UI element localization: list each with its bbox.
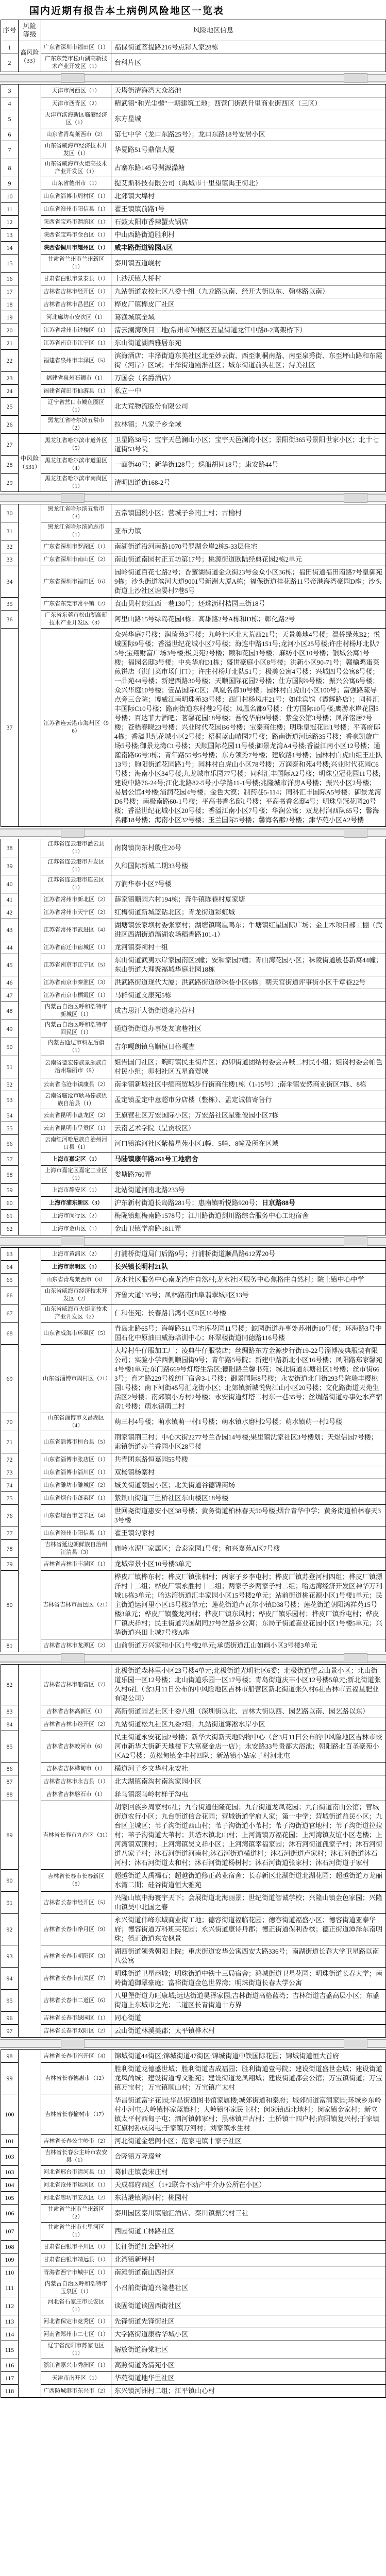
risk-detail-cell: 园岭街道百花七路2号；香蜜湖街道金众街23号金众小区36栋；福田街道福田南路7号… — [111, 566, 386, 598]
row-index: 69 — [1, 1345, 19, 1413]
region-cell: 广东省深圳市福田区（6） — [41, 566, 111, 598]
table-row: 14陕西省铜川市耀州区（1）咸丰路街道锦园A区 — [1, 242, 386, 255]
region-cell: 吉林省长春市双阳区（2） — [41, 2025, 111, 2038]
region-cell: 陕西省宝鸡市金台区（1） — [41, 229, 111, 242]
region-cell: 河北省廊坊市安次区（2） — [41, 2192, 111, 2205]
page-break-tab-left — [61, 1236, 85, 1246]
row-index: 92 — [1, 1914, 19, 1945]
region-cell: 吉林省吉林市船营区（7） — [41, 1665, 111, 1705]
page-break-divider — [0, 1237, 386, 1246]
table-row: 101吉林省长春公主岭市（2）河北街道金碧阁小区；范家屯镇十家子社区 — [1, 2135, 386, 2148]
risk-detail-cell: 葛渔城镇全域 — [111, 311, 386, 324]
risk-level-cell — [19, 84, 41, 434]
region-cell: 广东省东莞市松山湖高新技术产业开发区（3） — [41, 611, 111, 629]
table-row: 61上海市闵行区（2）梅陇镇虹梅南路1578号；江川路街道剑川路综合服务中心工地… — [1, 1210, 386, 1223]
header-row: 序号风险 等级风险地区信息 — [1, 20, 386, 41]
table-row: 5天津市滨海新区临港经济区（1）东方星城 — [1, 110, 386, 128]
risk-detail-cell: 中山西路街道胜利村 — [111, 229, 386, 242]
table-row: 21江苏省南京市江宁区（1）东山街道湖西雅居东苑 — [1, 337, 386, 350]
page-break-tab-right — [344, 1653, 367, 1663]
row-index: 82 — [1, 1665, 19, 1705]
table-row: 57上海市嘉定区（1）马陆镇康年路261号工地宿舍 — [1, 1153, 386, 1166]
risk-level-cell — [19, 504, 41, 827]
row-index: 46 — [1, 976, 19, 989]
row-index: 85 — [1, 1731, 19, 1762]
row-index: 22 — [1, 350, 19, 372]
risk-detail-cell: 清云澜湾项目工地(常州市钟楼区五星街道龙江中路8-2高架桥下） — [111, 324, 386, 337]
row-index: 101 — [1, 2135, 19, 2148]
row-index: 68 — [1, 1323, 19, 1345]
risk-detail-cell: 上沙沃镇大桥村 — [111, 273, 386, 285]
risk-detail-cell: 华苑街道地华里社区 — [111, 2372, 386, 2385]
region-cell: 上海市静安区（1） — [41, 1184, 111, 1197]
row-index: 64 — [1, 1261, 19, 1274]
col-header-risk: 风险 等级 — [19, 20, 41, 41]
table-row: 83吉林省吉林高新区（1）高新街道园艺社区十委八组（深圳街以北、吉林大街以西、园… — [1, 1705, 386, 1718]
page-break-divider — [0, 2039, 386, 2048]
row-index: 3 — [1, 84, 19, 97]
row-index: 43 — [1, 919, 19, 941]
risk-detail-cell: 胡家回族乡周家村6社；九台街道佳隆花园；九台街道龙凤花园；九台街道南山公馆；营城… — [111, 1801, 386, 1870]
table-row: 64上海市崇明区（1）长兴镇长明村21队 — [1, 1261, 386, 1274]
region-cell: 陕西省宝鸡市渭滨区（1） — [41, 216, 111, 229]
risk-table-section: 98吉林省长春市汽开区（4）锦城街道44街区;锦城街道47街区;锦城街道中铁国际… — [1, 2049, 386, 2398]
risk-detail-cell: 成吉思汗大街街道毫沁营村 — [111, 1002, 386, 1020]
risk-detail-cell: 红梅街道新城蓝钻北区；青龙街道彩虹城 — [111, 906, 386, 919]
risk-detail-cell: 秦川园区秦川镇融汇酒店、秦川镇振兴村三社 — [111, 2205, 386, 2223]
table-row: 70山东省淄博市文昌湖区（4）萌三村4号楼；萌水镇萌一村1号楼；萌水镇水磨村2号… — [1, 1413, 386, 1431]
table-row: 8山东省威海市火炬高技术产业开发区（1）古寨东路145号渊源澡塘 — [1, 159, 386, 177]
table-row: 109甘肃省白银市靖远县（1）北湾镇新坪村 — [1, 2253, 386, 2266]
row-index: 21 — [1, 337, 19, 350]
risk-detail-cell: 姐告国门社区；畹町镇民主街片区；勐卯街道团结村委会弄喊二村民小组；姐岗村委会帕色… — [111, 1056, 386, 1078]
row-index: 26 — [1, 416, 19, 434]
region-cell: 甘肃省白银市靖远县（1） — [41, 2253, 111, 2266]
row-index: 57 — [1, 1153, 19, 1166]
risk-detail-cell: 云山街道林溪美郡；太平镇桦木村 — [111, 2025, 386, 2038]
row-index: 83 — [1, 1705, 19, 1718]
row-index: 56 — [1, 1135, 19, 1153]
table-row: 113河北省保定市竞秀区（1）先锋街道先锋街社区 — [1, 2315, 386, 2328]
region-cell: 吉林省吉林高新区（1） — [41, 1705, 111, 1718]
risk-detail-cell: 先锋街道先锋街社区 — [111, 2315, 386, 2328]
table-row: 1高风险 （33）广东省深圳市福田区（1）福保街道菩提路216号点彩人家28栋 — [1, 41, 386, 54]
table-row: 78吉林省延边朝鲜族自治州汪清县（3）庙岭水泥厂家属区；合泰家园1号楼；和兴嘉苑… — [1, 1540, 386, 1558]
region-cell: 山东省淄博市周村区（1） — [41, 190, 111, 203]
region-cell: 江苏省南京市秦淮区（3） — [41, 976, 111, 989]
region-cell: 黑龙江省哈尔滨五常市（3） — [41, 504, 111, 522]
region-cell: 吉林省长春德惠市（12） — [41, 2063, 111, 2094]
region-cell: 吉林省长春市长春新区（5） — [41, 1870, 111, 1892]
table-row: 4天津市西青区（2）精武镇“和光尘樾”一期建筑工地；西营门街跃升里商业街西区（三… — [1, 97, 386, 110]
risk-detail-cell: 沪东新村街道长岛路281号；惠南镇听悦路920号；日京路88号 — [111, 1197, 386, 1210]
region-cell: 天津市南开区（1） — [41, 2372, 111, 2385]
row-index: 112 — [1, 2297, 19, 2315]
table-row: 81吉林省吉林市龙潭区（2）山前街道万兴家和小区1号楼2单元;承德街道江山如画小… — [1, 1639, 386, 1652]
risk-detail-cell: 石鼓太阳市香辣蟹火锅店 — [111, 216, 386, 229]
risk-detail-cell: 城关街道颐园小区；北关街道谷德锦商场 — [111, 1479, 386, 1492]
table-row: 59上海市静安区（1）北站街道河南北路233号 — [1, 1184, 386, 1197]
row-index: 38 — [1, 839, 19, 857]
region-cell: 河南省郑州市二七区（1） — [41, 2328, 111, 2341]
row-index: 27 — [1, 434, 19, 456]
row-index: 9 — [1, 177, 19, 190]
table-row: 50内蒙古通辽市科左后旗（1）吉尔嘎朗镇乌顺恒日格嘎查 — [1, 1038, 386, 1056]
table-row: 112河北省石家庄市长安区（1）谈固街道谈固西街社区 — [1, 2297, 386, 2315]
row-index: 76 — [1, 1505, 19, 1527]
table-row: 67山东省威海市火炬高技术产业开发区（2）仁和佳苑；长春路昌鸿小区B区16号楼 — [1, 1304, 386, 1323]
row-index: 34 — [1, 566, 19, 598]
row-index: 25 — [1, 398, 19, 416]
risk-detail-cell: 马陆镇康年路261号工地宿舍 — [111, 1153, 386, 1166]
region-cell: 广西防城港市东兴市（2） — [41, 2385, 111, 2398]
risk-detail-cell: 孟定镇孟定中意超市分店楼（整栋）、孟定诚信寄售行 — [111, 1091, 386, 1109]
risk-detail-cell: 东山街道武夷水岸家园南区2幢；安和家园7幢；青山湾花园小区；秣陵街道殷巷新寓44… — [111, 954, 386, 976]
table-row: 94吉林省长春市南关区（7）明珠街道卫星商城；明珠街道中铁十三局宿舍；鸿城街道卫… — [1, 1968, 386, 1990]
row-index: 75 — [1, 1492, 19, 1505]
table-row: 100吉林省长春榆树市（17）华昌街道富宇花园;华昌街道图书馆家属楼;城郊街道和… — [1, 2094, 386, 2135]
risk-table-section: 30黑龙江省哈尔滨五常市（3）五常镇国税小区；营城子乡南土村；古榆村31黑龙江省… — [1, 504, 386, 827]
table-row: 19河北廊坊市安次区（1）葛渔城镇全域 — [1, 311, 386, 324]
risk-detail-cell: 亚布力镇 — [111, 522, 386, 540]
risk-detail-bold-part: 日京路88号 — [262, 1199, 295, 1207]
row-index: 8 — [1, 159, 19, 177]
risk-detail-cell: 久和国际新城二期33号楼 — [111, 857, 386, 875]
risk-table-section: 序号风险 等级风险地区信息1高风险 （33）广东省深圳市福田区（1）福保街道菩提… — [1, 20, 386, 72]
row-index: 86 — [1, 1762, 19, 1775]
row-index: 30 — [1, 504, 19, 522]
table-row: 107甘肃省兰州市七里河区（1）西园街道工林路社区 — [1, 2223, 386, 2241]
region-cell: 吉林省长春市经开区（5） — [41, 1892, 111, 1914]
table-row: 48内蒙古自治区呼和浩特市新城区（1）成吉思汗大街街道毫沁营村 — [1, 1002, 386, 1020]
table-row: 95吉林省长春市二道区（6）八里堡街道力旺康城;远达街道昊泽家园;吉林街道高格蓝… — [1, 1990, 386, 2012]
table-row: 51云南省德宏傣族景颇族自治州瑞丽市（5）姐告国门社区；畹町镇民主街片区；勐卯街… — [1, 1056, 386, 1078]
row-index: 116 — [1, 2359, 19, 2372]
table-row: 116浙江省嘉兴市秀洲区（1）高照街道秀清苑小区 — [1, 2359, 386, 2372]
risk-detail-cell: 王旗营社区万宏国际小区；万宏路社区星雅俊园小区7栋 — [111, 1109, 386, 1122]
region-cell: 陕西省铜川市耀州区（1） — [41, 242, 111, 255]
table-row: 68山东省威海市环翠区（5）青岛北路65号；海峰路511号宅库花园11号楼；鲸园… — [1, 1323, 386, 1345]
risk-detail-cell: 南伞镇新城社区中缅商贸城步行街商住楼1栋（1-15号）;南伞镇安然商业街区7栋、… — [111, 1078, 386, 1091]
col-header-info: 风险地区信息 — [41, 20, 386, 41]
risk-detail-cell: 南岗镇岗东村殷庄20号 — [111, 839, 386, 857]
table-row: 108甘肃省白银市平川区（1）长征街道红会路社区 — [1, 2241, 386, 2253]
table-row: 79吉林省吉林市丰满区（1）龙城帝景小区10号楼3单元 — [1, 1558, 386, 1571]
risk-detail-cell: 翟王镇镇前路1号 — [111, 203, 386, 216]
row-index: 107 — [1, 2223, 19, 2241]
page-break-tab-left — [61, 1653, 85, 1663]
risk-detail-cell: 西园街道工林路社区 — [111, 2223, 386, 2241]
row-index: 54 — [1, 1109, 19, 1122]
table-row: 25辽宁省营口市鲅鱼圈区（1）北大荒物流股份有限公司 — [1, 398, 386, 416]
risk-detail-cell: 南湖街道沿河南路1070号罗湖金岸2栋5-33层住宅 — [111, 540, 386, 553]
row-index: 73 — [1, 1466, 19, 1479]
row-index: 40 — [1, 875, 19, 893]
risk-detail-cell: 五常镇国税小区；营城子乡南土村；古榆村 — [111, 504, 386, 522]
row-index: 45 — [1, 954, 19, 976]
page-break-divider — [0, 1654, 386, 1663]
risk-detail-cell: 高照街道秀清苑小区 — [111, 2359, 386, 2372]
region-cell: 甘肃省白银市景泰县（1） — [41, 273, 111, 285]
risk-detail-cell: 大埠村牛仔服加工厂；凌典牛仔服装店；丝绸路东方金源步行街19-22号淄博凌典服装… — [111, 1345, 386, 1413]
region-cell: 吉林省长春市二道区（6） — [41, 1990, 111, 2012]
region-cell: 吉林省长春市南关区（7） — [41, 1968, 111, 1990]
risk-detail-cell: 谈固街道谈固西街社区 — [111, 2297, 386, 2315]
risk-detail-cell: 东沽港镇淘河村；桃园村 — [111, 2192, 386, 2205]
row-index: 103 — [1, 2148, 19, 2166]
table-row: 45江苏省南京市江宁区（5）东山街道武夷水岸家园南区2幢；安和家园7幢；青山湾花… — [1, 954, 386, 976]
risk-detail-cell: 湖西街道领秀朝阳上院；重庆街道安华公寓西安大路336号；南湖街道长春大学卫星路以… — [111, 1945, 386, 1968]
risk-detail-cell: 河北街道金碧阁小区；范家屯镇十家子社区 — [111, 2135, 386, 2148]
risk-detail-cell: 金山卫镇学府路1811弄 — [111, 1223, 386, 1235]
row-index: 12 — [1, 216, 19, 229]
risk-detail-cell: 袁山贝村朗江西一巷130号；还珠沥村桔园三街18号 — [111, 598, 386, 611]
row-index: 7 — [1, 141, 19, 159]
region-cell: 甘肃省兰州市兰州新区（2） — [41, 2205, 111, 2223]
page-break-tab-right — [344, 2039, 367, 2048]
row-index: 99 — [1, 2063, 19, 2094]
region-cell: 云南省临沧市耿马傣族佤族自治县（1） — [41, 1091, 111, 1109]
risk-detail-cell: 万润华泰小区7号楼 — [111, 875, 386, 893]
row-index: 17 — [1, 285, 19, 298]
risk-detail-cell: 东山街道湖西雅居东苑 — [111, 337, 386, 350]
risk-detail-cell: 小召前街街道兴隆巷社区 — [111, 2279, 386, 2297]
row-index: 94 — [1, 1968, 19, 1990]
risk-detail-cell: 清明四道街168-2号 — [111, 474, 386, 492]
region-cell: 福建省泉州市丰泽区（5） — [41, 350, 111, 372]
region-cell: 江苏省连云港市开发区（1） — [41, 857, 111, 875]
row-index: 62 — [1, 1223, 19, 1235]
row-index: 98 — [1, 2050, 19, 2063]
table-row: 22福建省泉州市丰泽区（5）滨海酒店；丰泽街道东美社区北至妙云街、西至刺桐南路、… — [1, 350, 386, 372]
risk-detail-cell: 桦皮厂镇桦东村；桦皮厂镇张相村；两家子乡李屯村；桦皮厂镇苏登河村四组；桦皮厂镇漂… — [111, 1571, 386, 1639]
risk-detail-cell: 马群街道文康苑5栋 — [111, 989, 386, 1002]
region-cell: 浙江省嘉兴市秀洲区（1） — [41, 2359, 111, 2372]
table-row: 74山东省潍坊市潍城区（2）城关街道颐园小区；北关街道谷德锦商场 — [1, 1479, 386, 1492]
risk-detail-cell: 龙河镇秦祠村十组 — [111, 941, 386, 954]
region-cell: 山东省淄博市桓台县（5） — [41, 1431, 111, 1453]
region-cell: 内蒙古自治区呼和浩特市玉泉区（1） — [41, 2279, 111, 2297]
row-index: 15 — [1, 255, 19, 273]
risk-detail-cell: 龙城帝景小区10号楼3单元 — [111, 1558, 386, 1571]
region-cell: 上海市黄浦区（2） — [41, 1248, 111, 1261]
row-index: 72 — [1, 1453, 19, 1466]
risk-detail-cell: 同心街道 — [111, 2012, 386, 2025]
row-index: 114 — [1, 2328, 19, 2341]
region-cell: 江苏省连云港市灌云县（1） — [41, 839, 111, 857]
row-index: 88 — [1, 1788, 19, 1801]
risk-detail-cell: 仁和佳苑；长春路昌鸿小区B区16号楼 — [111, 1304, 386, 1323]
region-cell: 河北廊坊市安次区（1） — [41, 311, 111, 324]
risk-detail-cell: 解放街道海棠社区 — [111, 2341, 386, 2359]
region-cell: 河北省石家庄市长安区（1） — [41, 2297, 111, 2315]
table-row: 54云南省昆明市盘龙区（2）王旗营社区万宏国际小区；万宏路社区星雅俊园小区7栋 — [1, 1109, 386, 1122]
table-row: 77山东省滨州市阳信县（1）翟王镇勾家村 — [1, 1527, 386, 1540]
region-cell: 上海市浦东新区（3） — [41, 1197, 111, 1210]
region-cell: 山东省烟台市芝罘区（4） — [41, 1505, 111, 1527]
table-row: 96吉林省长春市绿园区（1）同心街道 — [1, 2012, 386, 2025]
table-row: 42江苏省常州市天宁区（2）红梅街道新城蓝钻北区；青龙街道彩虹城 — [1, 906, 386, 919]
risk-detail-cell: 合隆镇万隆璟堂 — [111, 2148, 386, 2166]
risk-detail-cell: 桦皮厂镇桦皮厂社区 — [111, 298, 386, 311]
page-break-tab-right — [344, 73, 367, 83]
region-cell: 江苏省南京市栖霞区（1） — [41, 989, 111, 1002]
table-row: 93吉林省长春市朝阳区（3）湖西街道领秀朝阳上院；重庆街道安华公寓西安大路336… — [1, 1945, 386, 1968]
row-index: 14 — [1, 242, 19, 255]
row-index: 87 — [1, 1775, 19, 1788]
table-row: 86吉林省吉林桦甸市（1）横道河子乡文华村永安社 — [1, 1762, 386, 1775]
risk-detail-cell: 世回尧街道惠安小区38号楼；黄务街道柏林春天50号楼;烟台青华中学；黄务街道柏林… — [111, 1505, 386, 1527]
risk-detail-cell: 河口镇滨河社区紫檀星苑小区1幢、5幢、8幢及所在区域 — [111, 1135, 386, 1153]
table-row: 111内蒙古自治区呼和浩特市玉泉区（1）小召前街街道兴隆巷社区 — [1, 2279, 386, 2297]
risk-detail-cell: 众兴华庭7号楼；润琦苑3号楼；九岭社区北大荒西21号；天景美地4号楼；温侨绿苑B… — [111, 629, 386, 827]
region-cell: 山东省滨州市阳信县（1） — [41, 1527, 111, 1540]
risk-detail-cell: 天成郡府西区（1+2联合不动产中介办公所在小区） — [111, 2179, 386, 2192]
risk-detail-cell: 龙水社区服务中心南龙湾庄自然村;龙水社区服务中心焦格庄自然村；院上镇中心中学 — [111, 1274, 386, 1286]
table-row: 7山东省威海市经济技术开发区（1）华夏路51号鼎信大厦 — [1, 141, 386, 159]
risk-detail-cell: 阿里山路15号绿岛花园4栋；高雄路2号A栋和D栋；彰化路2号 — [111, 611, 386, 629]
region-cell: 山东省淄博市淄川区（1） — [41, 1466, 111, 1479]
table-row: 62上海市金山区（1）金山卫镇学府路1811弄 — [1, 1223, 386, 1235]
table-row: 39江苏省连云港市开发区（1）久和国际新城二期33号楼 — [1, 857, 386, 875]
row-index: 36 — [1, 611, 19, 629]
region-cell: 山东省滨州市阳信县（1） — [41, 203, 111, 216]
risk-detail-cell: 北大荒物流股份有限公司 — [111, 398, 386, 416]
table-row: 58上海市嘉定区嘉定工业区（1）娄塘路760弄 — [1, 1166, 386, 1184]
region-cell: 广东省深圳市罗湖区（1） — [41, 540, 111, 553]
region-cell: 吉林省长春公主岭市（2） — [41, 2135, 111, 2148]
table-row: 16甘肃省白银市景泰县（1）上沙沃镇大桥村 — [1, 273, 386, 285]
region-cell: 山东省青岛莱西市（2） — [41, 128, 111, 141]
risk-table-section: 82吉林省吉林市船营区（7）北极街道森林里小区23号楼4单元;北极街道光明社区6… — [1, 1664, 386, 2038]
region-cell: 江苏省南京市江宁区（1） — [41, 337, 111, 350]
table-row: 10山东省淄博市周村区（1）北郊镇大埠村 — [1, 190, 386, 203]
region-cell: 山东省青岛莱西市（3） — [41, 1274, 111, 1286]
row-index: 77 — [1, 1527, 19, 1540]
risk-detail-cell: 长兴镇长明村21队 — [111, 1261, 386, 1274]
region-cell: 福建省泉州石狮市（1） — [41, 372, 111, 385]
region-cell: 吉林省吉林桦甸市（1） — [41, 1762, 111, 1775]
region-cell: 辽宁省营口市鲅鱼圈区（1） — [41, 398, 111, 416]
region-cell: 吉林省长春市净月区（9） — [41, 1914, 111, 1945]
row-index: 74 — [1, 1479, 19, 1492]
row-index: 84 — [1, 1718, 19, 1731]
region-cell: 山东省威海市火炬高技术产业开发区（1） — [41, 159, 111, 177]
table-row: 17吉林省吉林市经开区（1）九站街道农校社区八委十组（九龙路以南、经开大街以东、… — [1, 285, 386, 298]
risk-detail-cell: 北站街道河南北路233号 — [111, 1184, 386, 1197]
row-index: 105 — [1, 2192, 19, 2205]
region-cell: 河北省保定市竞秀区（1） — [41, 2315, 111, 2328]
region-cell: 吉林省吉林市永吉县（1） — [41, 1775, 111, 1788]
risk-detail-cell: 高新街道园艺社区十委八组（深圳街以北、吉林大街以西、园艺路以南、园艺路以东） — [111, 1705, 386, 1718]
region-cell: 吉林省长春市九台区（31） — [41, 1801, 111, 1870]
risk-detail-cell: 齐鲁大道135号；凤林路南曲阜翡翠城F区13号 — [111, 1286, 386, 1304]
row-index: 66 — [1, 1286, 19, 1304]
row-index: 70 — [1, 1413, 19, 1431]
risk-detail-cell: 南滩街道南山西社区 — [111, 2266, 386, 2279]
risk-detail-cell: 大学路街道康桥华城小区 — [111, 2328, 386, 2341]
row-index: 113 — [1, 2315, 19, 2328]
page-break-tab-right — [344, 1236, 367, 1246]
table-row: 15甘肃省兰州市兰州新区（1）秦川镇五道岘村 — [1, 255, 386, 273]
risk-detail-cell: 秦川镇五道岘村 — [111, 255, 386, 273]
region-cell: 江苏省常州市新北区（2） — [41, 893, 111, 906]
region-cell: 广东省深圳市南山区（2） — [41, 553, 111, 566]
risk-detail-cell: 东兴镇河洲村二组；江平镇山心村 — [111, 2385, 386, 2398]
table-row: 18吉林省吉林市昌邑区（1）桦皮厂镇桦皮厂社区 — [1, 298, 386, 311]
region-cell: 山东省威海市经济技术开发区（2） — [41, 1286, 111, 1304]
region-cell: 吉林省吉林市丰满区（1） — [41, 1558, 111, 1571]
region-cell: 江苏省宿迁市宿城区（1） — [41, 941, 111, 954]
region-cell: 山东省威海市经济技术开发区（1） — [41, 141, 111, 159]
row-index: 1 — [1, 41, 19, 54]
region-cell: 黑龙江省哈尔滨五常市（2） — [41, 416, 111, 434]
risk-detail-cell: 私立一中 — [111, 385, 386, 398]
table-row: 91吉林省长春市经开区（5）兴隆山镇中海寰宇天下；会展街道北海丽景；世纪街道智诚… — [1, 1892, 386, 1914]
risk-detail-cell: 南山街道南园村正五坊第17号；桃源街道欧陆经典花园2栋2单元 — [111, 553, 386, 566]
table-row: 85吉林省吉林蛟河市（6）民主街道永安花园2号楼；新华大街新天地购物中心（含3月… — [1, 1731, 386, 1762]
table-row: 23福建省泉州石狮市（1）万国会（名爵酒店） — [1, 372, 386, 385]
table-row: 63上海市黄浦区（2）打浦桥街道局门后路9号；打浦桥街道顺昌路612弄20号 — [1, 1248, 386, 1261]
risk-detail-cell: 古寨东路145号渊源澡塘 — [111, 159, 386, 177]
page-break-tab-left — [61, 73, 85, 83]
row-index: 104 — [1, 2179, 19, 2192]
row-index: 118 — [1, 2385, 19, 2398]
row-index: 37 — [1, 629, 19, 827]
table-row: 106甘肃省兰州市兰州新区（2）秦川园区秦川镇融汇酒店、秦川镇振兴村三社 — [1, 2205, 386, 2223]
row-index: 35 — [1, 598, 19, 611]
table-row: 2广东东莞市松山湖高新技术产业开发区（1）台科片区 — [1, 54, 386, 72]
risk-detail-cell: 青岛北路65号；海峰路511号宅库花园11号楼；鲸园街道办事处苏州街10号楼；环… — [111, 1323, 386, 1345]
table-row: 88吉林省吉林磐石市（1）驿马镇滚马岭村样子沟屯 — [1, 1788, 386, 1801]
row-index: 61 — [1, 1210, 19, 1223]
table-row: 84吉林省吉林市经开区（2）九站街道松九社区九委7组；九站街道雾凇水岸小区 — [1, 1718, 386, 1731]
row-index: 52 — [1, 1078, 19, 1091]
row-index: 4 — [1, 97, 19, 110]
risk-detail-cell: 通道街街道办事处友谊巷社区 — [111, 1020, 386, 1038]
table-row: 31黑龙江省哈尔滨尚志市（1）亚布力镇 — [1, 522, 386, 540]
table-row: 56云南红河哈尼族自治州河口县（1）河口镇滨河社区紫檀星苑小区1幢、5幢、8幢及… — [1, 1135, 386, 1153]
row-index: 89 — [1, 1801, 19, 1870]
page-break-divider — [0, 74, 386, 82]
row-index: 47 — [1, 989, 19, 1002]
table-row: 30黑龙江省哈尔滨五常市（3）五常镇国税小区；营城子乡南土村；古榆村 — [1, 504, 386, 522]
table-row: 41江苏省常州市新北区（2）薛家镇顺园六村194栋；奔牛镇陈巷村夏家塘 — [1, 893, 386, 906]
row-index: 31 — [1, 522, 19, 540]
page-break-tab-left — [61, 493, 85, 503]
region-cell: 吉林省长春榆树市（17） — [41, 2094, 111, 2135]
region-cell: 吉林省吉林市昌邑区（21） — [41, 1571, 111, 1639]
table-row: 98吉林省长春市汽开区（4）锦城街道44街区;锦城街道47街区;锦城街道中铁国际… — [1, 2050, 386, 2063]
table-row: 34广东省深圳市福田区（6）园岭街道百花七路2号；香蜜湖街道金众街23号金众小区… — [1, 566, 386, 598]
row-index: 78 — [1, 1540, 19, 1558]
region-cell: 天津市西青区（2） — [41, 97, 111, 110]
region-cell: 山东省淄博市文昌湖区（4） — [41, 1413, 111, 1431]
row-index: 44 — [1, 941, 19, 954]
risk-detail-cell: 北极街道森林里小区23号楼4单元;北极街道光明社区6委；北极街道望云山景小区；北… — [111, 1665, 386, 1705]
region-cell: 吉林省吉林市昌邑区（1） — [41, 298, 111, 311]
risk-detail-cell: 咸丰路街道锦园A区 — [111, 242, 386, 255]
table-row: 65山东省青岛莱西市（3）龙水社区服务中心南龙湾庄自然村;龙水社区服务中心焦格庄… — [1, 1274, 386, 1286]
risk-detail-cell: 庙岭水泥厂家属区；合泰家园1号楼；和兴嘉苑A区7号楼 — [111, 1540, 386, 1558]
col-header-index: 序号 — [1, 20, 19, 41]
row-index: 71 — [1, 1431, 19, 1453]
region-cell: 江苏省连云港市连云区（1） — [41, 875, 111, 893]
row-index: 48 — [1, 1002, 19, 1020]
row-index: 6 — [1, 128, 19, 141]
region-cell: 云南省德宏傣族景颇族自治州瑞丽市（5） — [41, 1056, 111, 1078]
region-cell: 江苏省常州市钟楼区（1） — [41, 324, 111, 337]
